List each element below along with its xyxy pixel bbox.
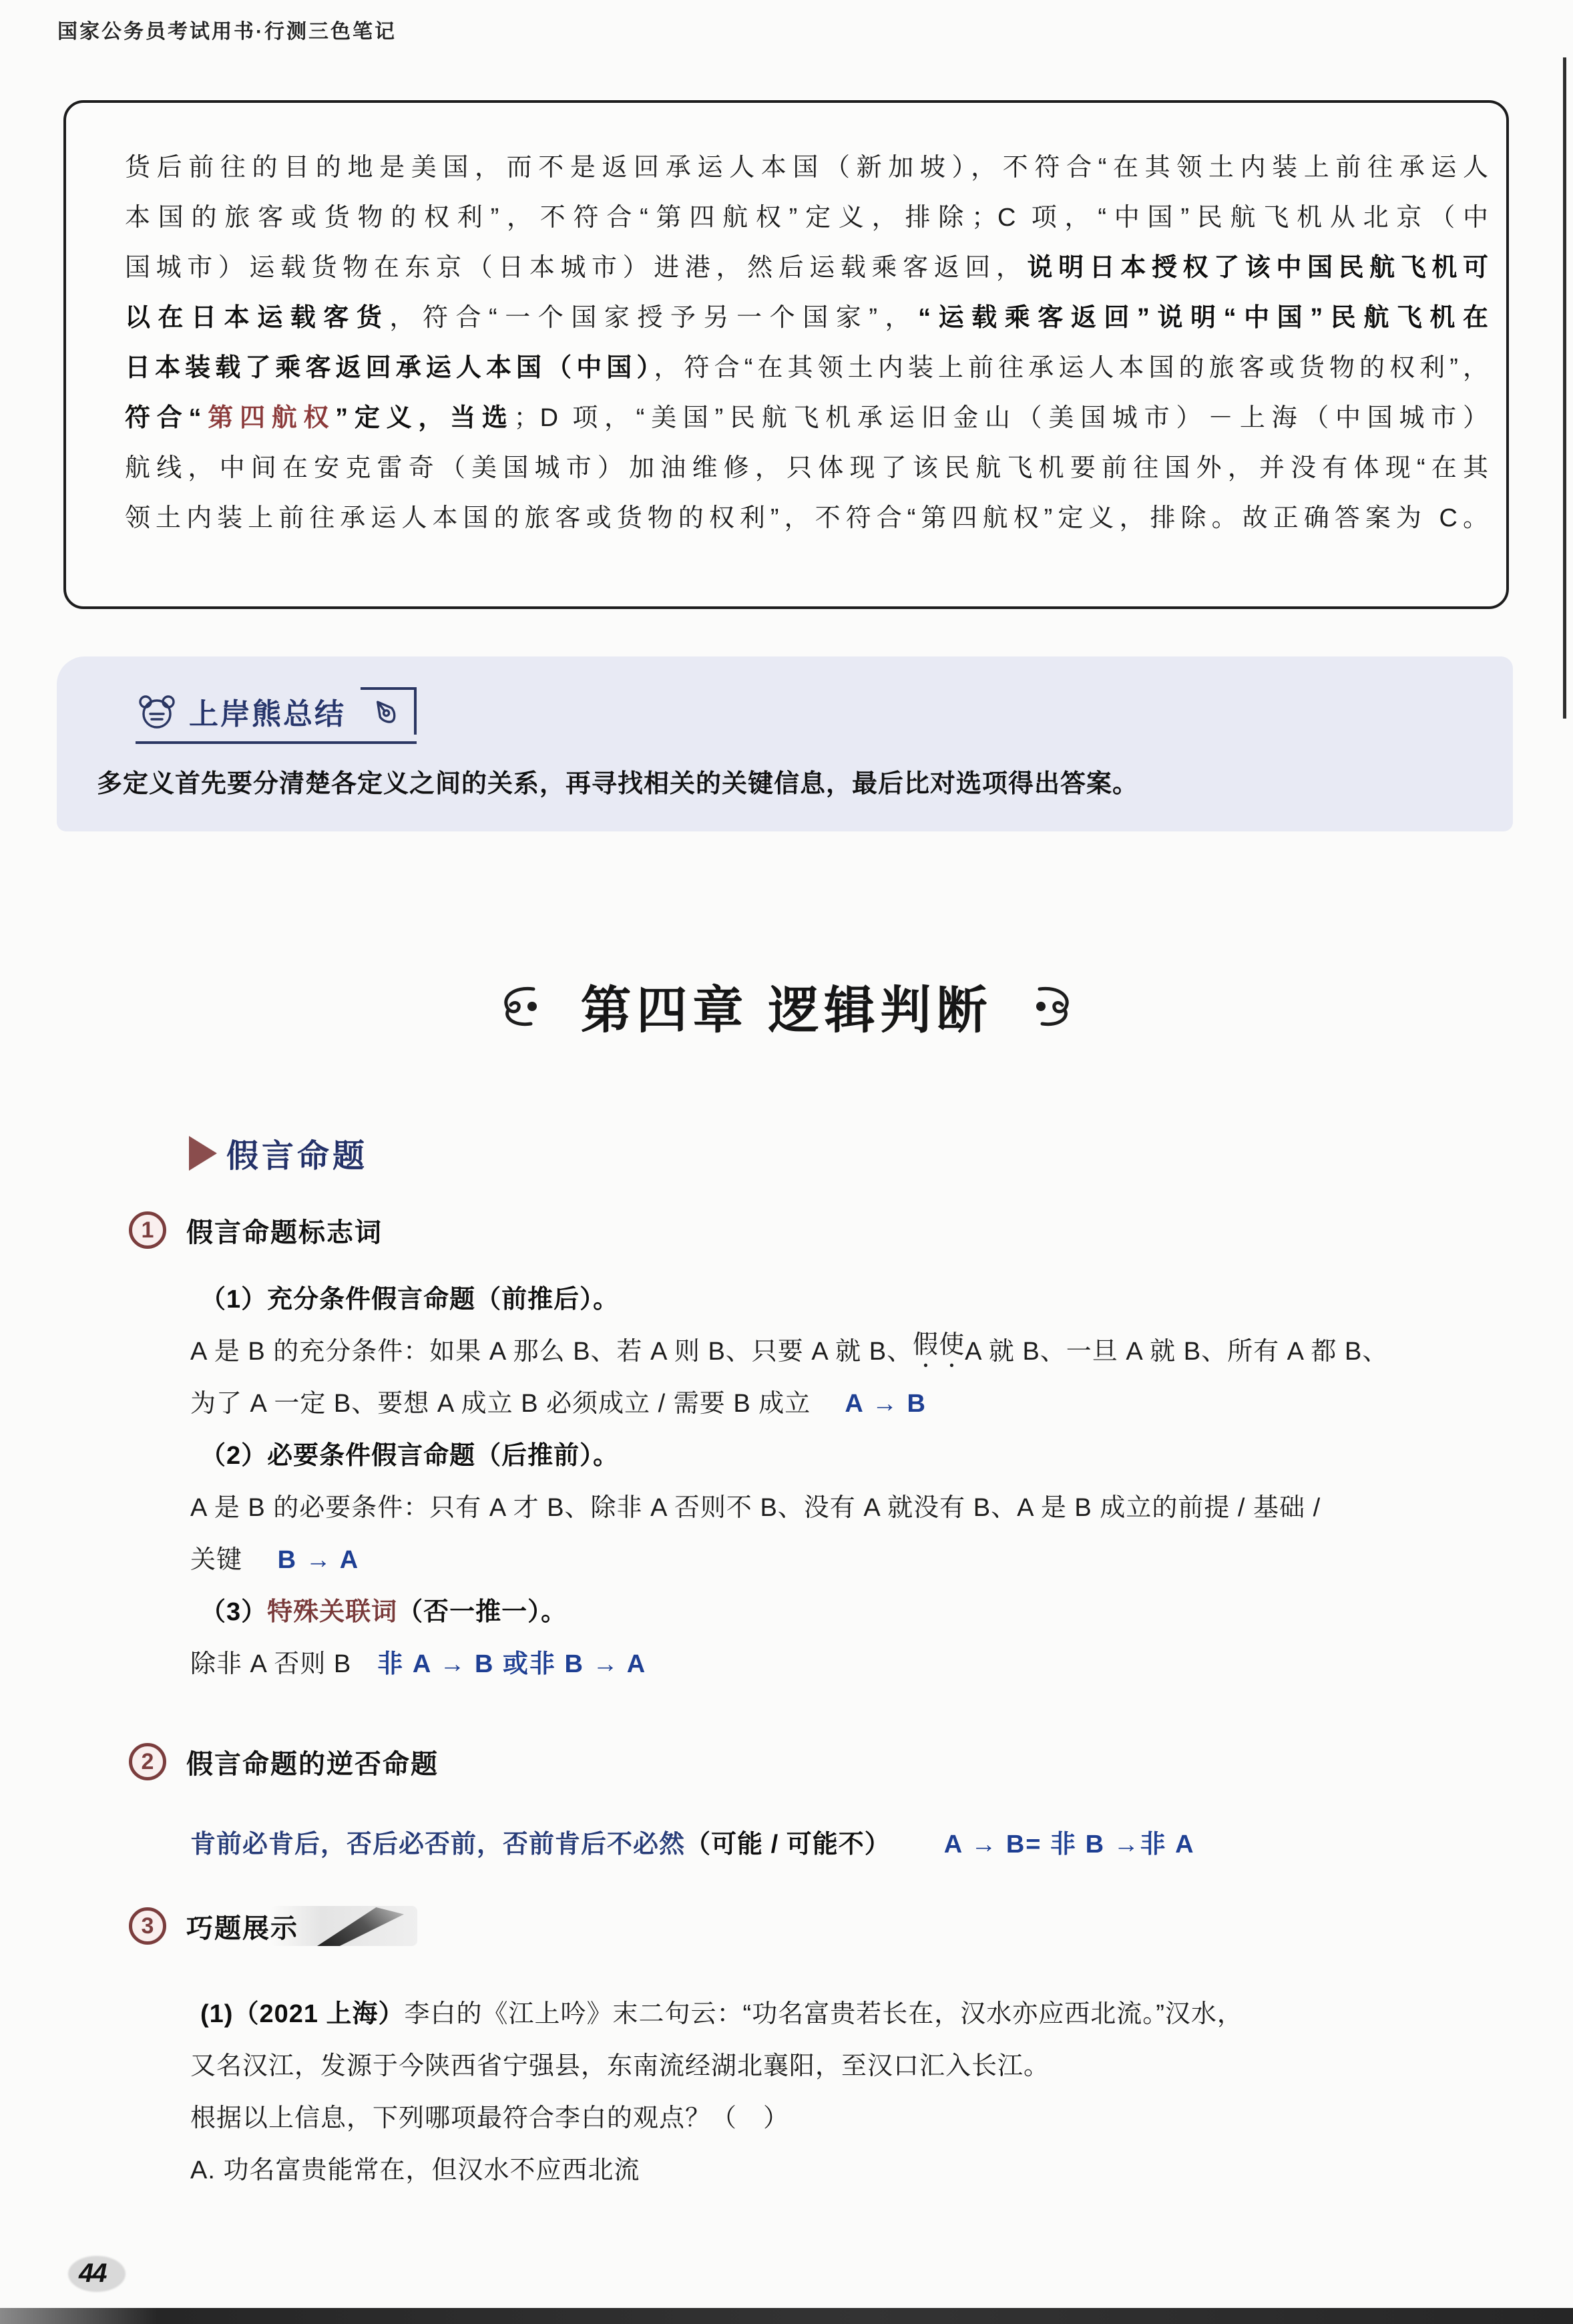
text-segment: （否一推一）。	[397, 1591, 567, 1627]
text-segment: 肯前必肯后，否后必否前，否前肯后不必然	[190, 1823, 685, 1860]
text-segment: 货后前往的目的地是美国，而不是返回承运人本国（新加坡），不符合“在其领土内装上前…	[125, 154, 1489, 182]
flourish-icon	[493, 980, 540, 1033]
text-line: A 是 B 的必要条件：只有 A 才 B、除非 A 否则不 B、没有 A 就没有…	[190, 1479, 1573, 1531]
explanation-line: 领土内装上前往承运人本国的旅客或货物的权利”，不符合“第四航权”定义，排除。故正…	[125, 494, 1489, 544]
text-line: （2）必要条件假言命题（后推前）。	[200, 1426, 1573, 1479]
item-label: 假言命题标志词	[186, 1211, 383, 1249]
pen-frame	[361, 687, 417, 735]
chapter-heading: 第四章 逻辑判断	[0, 970, 1573, 1042]
triangle-bullet-icon	[189, 1136, 217, 1171]
numbered-item: 3巧题展示(1)（2021 上海）李白的《江上吟》末二句云：“功名富贵若长在，汉…	[0, 1905, 1573, 2193]
text-segment: 航线，中间在安克雷奇（美国城市）加油维修，只体现了该民航飞机要前往国外，并没有体…	[125, 454, 1489, 482]
item-header: 1假言命题标志词	[129, 1209, 1573, 1251]
text-segment: 假使	[913, 1324, 965, 1373]
text-segment: 国城市）运载货物在东京（日本城市）进港，然后运载乘客返回，	[125, 254, 1028, 282]
text-segment: ”定义，当选	[335, 404, 513, 432]
text-segment: ；D 项，“美国”民航飞机承运旧金山（美国城市）－上海（中国城市）	[514, 404, 1489, 432]
text-segment: B → A	[242, 1539, 359, 1575]
section-heading: 假言命题	[189, 1130, 368, 1176]
text-segment: 为了 A 一定 B、要想 A 成立 B 必须成立 / 需要 B 成立	[190, 1382, 811, 1419]
numbered-item: 1假言命题标志词（1）充分条件假言命题（前推后）。A 是 B 的充分条件：如果 …	[0, 1209, 1573, 1687]
item-header: 2假言命题的逆否命题	[129, 1740, 1573, 1783]
item-header: 3巧题展示	[129, 1905, 1573, 1947]
circled-number-icon: 1	[129, 1211, 166, 1249]
text-segment: 非 A → B 或非 B → A	[377, 1643, 646, 1680]
text-segment: 以在日本运载客货	[125, 304, 389, 332]
text-segment: 关键	[190, 1539, 242, 1575]
explanation-lines: 货后前往的目的地是美国，而不是返回承运人本国（新加坡），不符合“在其领土内装上前…	[125, 143, 1489, 544]
text-segment: (1)（2021 上海）	[200, 1993, 405, 2029]
circled-number-icon: 2	[129, 1743, 166, 1780]
summary-text: 多定义首先要分清楚各定义之间的关系，再寻找相关的关键信息，最后比对选项得出答案。	[78, 763, 1493, 799]
book-page: 国家公务员考试用书·行测三色笔记 货后前往的目的地是美国，而不是返回承运人本国（…	[0, 0, 1573, 2324]
text-segment: 除非 A 否则 B	[190, 1643, 377, 1680]
text-segment: ，符合“一个国家授予另一个国家”，	[389, 304, 918, 332]
text-segment: 日本装载了乘客返回承运人本国（中国）	[125, 354, 654, 382]
explanation-line: 以在日本运载客货，符合“一个国家授予另一个国家”，“运载乘客返回”说明“中国”民…	[125, 293, 1489, 343]
text-segment: A 是 B 的充分条件：如果 A 那么 B、若 A 则 B、只要 A 就 B、	[190, 1330, 913, 1367]
item-lines: 肯前必肯后，否后必否前，否前肯后不必然（可能 / 可能不） A → B= 非 B…	[0, 1815, 1573, 1867]
text-line: A 是 B 的充分条件：如果 A 那么 B、若 A 则 B、只要 A 就 B、假…	[190, 1322, 1573, 1374]
text-line: (1)（2021 上海）李白的《江上吟》末二句云：“功名富贵若长在，汉水亦应西北…	[200, 1985, 1573, 2037]
book-bottom-edge	[0, 2308, 1573, 2324]
page-edge-line	[1563, 57, 1566, 719]
page-number-area: 44	[64, 2253, 128, 2295]
text-segment: A 就 B、一旦 A 就 B、所有 A 都 B、	[965, 1330, 1388, 1367]
pen-nib-icon	[369, 695, 403, 730]
text-segment: “运载乘客返回”说明“中国”民航飞机在	[918, 304, 1489, 332]
text-segment: ，符合“在其领土内装上前往承运人本国的旅客或货物的权利”，	[654, 354, 1489, 382]
text-line: （3）特殊关联词（否一推一）。	[200, 1583, 1573, 1635]
explanation-line: 符合“第四航权”定义，当选；D 项，“美国”民航飞机承运旧金山（美国城市）－上海…	[125, 393, 1489, 443]
text-segment: 领土内装上前往承运人本国的旅客或货物的权利”，不符合“第四航权”定义，排除。故正…	[125, 504, 1489, 532]
text-segment: 特殊关联词	[267, 1591, 397, 1627]
text-line: 又名汉江，发源于今陕西省宁强县，东南流经湖北襄阳，至汉口汇入长江。	[190, 2037, 1573, 2089]
text-segment: 符合“	[125, 404, 202, 432]
arrow-decoration	[310, 1905, 417, 1947]
text-segment: （3）	[200, 1591, 267, 1627]
summary-title: 上岸熊总结	[189, 690, 346, 733]
text-segment: 第四航权	[202, 404, 335, 432]
text-segment: （2）必要条件假言命题（后推前）。	[200, 1434, 619, 1471]
text-segment: 说明日本授权了该中国民航飞机可	[1028, 254, 1489, 282]
text-segment: A. 功名富贵能常在，但汉水不应西北流	[190, 2149, 640, 2186]
book-header-title: 国家公务员考试用书·行测三色笔记	[57, 15, 397, 44]
text-line: 根据以上信息，下列哪项最符合李白的观点？（ ）	[190, 2089, 1573, 2141]
text-segment: （可能 / 可能不）	[685, 1823, 891, 1860]
explanation-line: 本国的旅客或货物的权利”，不符合“第四航权”定义，排除；C 项，“中国”民航飞机…	[125, 193, 1489, 243]
flourish-icon	[1033, 980, 1080, 1033]
summary-title-row: 上岸熊总结	[136, 687, 417, 744]
item-lines: (1)（2021 上海）李白的《江上吟》末二句云：“功名富贵若长在，汉水亦应西北…	[0, 1985, 1573, 2193]
text-segment: 李白的《江上吟》末二句云：“功名富贵若长在，汉水亦应西北流。”汉水，	[405, 1993, 1243, 2029]
text-segment: A → B= 非 B →非 A	[891, 1823, 1195, 1860]
explanation-line: 日本装载了乘客返回承运人本国（中国），符合“在其领土内装上前往承运人本国的旅客或…	[125, 343, 1489, 393]
circled-number-icon: 3	[129, 1907, 166, 1945]
explanation-line: 国城市）运载货物在东京（日本城市）进港，然后运载乘客返回，说明日本授权了该中国民…	[125, 243, 1489, 293]
content-items: 1假言命题标志词（1）充分条件假言命题（前推后）。A 是 B 的充分条件：如果 …	[0, 1202, 1573, 2193]
text-segment: 本国的旅客或货物的权利”，不符合“第四航权”定义，排除；C 项，“中国”民航飞机…	[125, 204, 1489, 232]
text-line: 除非 A 否则 B 非 A → B 或非 B → A	[190, 1635, 1573, 1687]
text-segment: 又名汉江，发源于今陕西省宁强县，东南流经湖北襄阳，至汉口汇入长江。	[190, 2045, 1050, 2082]
item-lines: （1）充分条件假言命题（前推后）。A 是 B 的充分条件：如果 A 那么 B、若…	[0, 1270, 1573, 1687]
text-line: （1）充分条件假言命题（前推后）。	[200, 1270, 1573, 1322]
text-line: 关键 B → A	[190, 1531, 1573, 1583]
text-segment: A → B	[811, 1382, 927, 1419]
section-title: 假言命题	[226, 1130, 368, 1176]
text-line: 肯前必肯后，否后必否前，否前肯后不必然（可能 / 可能不） A → B= 非 B…	[190, 1815, 1573, 1867]
summary-box: 上岸熊总结 多定义首先要分清楚各定义之间的关系，再寻找相关的关键信息，最后比对选…	[57, 656, 1513, 831]
explanation-line: 航线，中间在安克雷奇（美国城市）加油维修，只体现了该民航飞机要前往国外，并没有体…	[125, 443, 1489, 494]
text-line: A. 功名富贵能常在，但汉水不应西北流	[190, 2141, 1573, 2193]
item-label: 巧题展示	[186, 1907, 298, 1945]
page-number: 44	[79, 2259, 106, 2289]
explanation-box: 货后前往的目的地是美国，而不是返回承运人本国（新加坡），不符合“在其领土内装上前…	[63, 100, 1509, 609]
text-segment: （1）充分条件假言命题（前推后）。	[200, 1278, 619, 1315]
text-line: 为了 A 一定 B、要想 A 成立 B 必须成立 / 需要 B 成立 A → B	[190, 1374, 1573, 1426]
bear-icon	[136, 690, 178, 733]
explanation-line: 货后前往的目的地是美国，而不是返回承运人本国（新加坡），不符合“在其领土内装上前…	[125, 143, 1489, 193]
text-segment: 根据以上信息，下列哪项最符合李白的观点？（ ）	[190, 2097, 789, 2134]
chapter-title: 第四章 逻辑判断	[580, 970, 992, 1042]
text-segment: A 是 B 的必要条件：只有 A 才 B、除非 A 否则不 B、没有 A 就没有…	[190, 1487, 1321, 1523]
item-label: 假言命题的逆否命题	[186, 1743, 439, 1781]
numbered-item: 2假言命题的逆否命题肯前必肯后，否后必否前，否前肯后不必然（可能 / 可能不） …	[0, 1740, 1573, 1867]
